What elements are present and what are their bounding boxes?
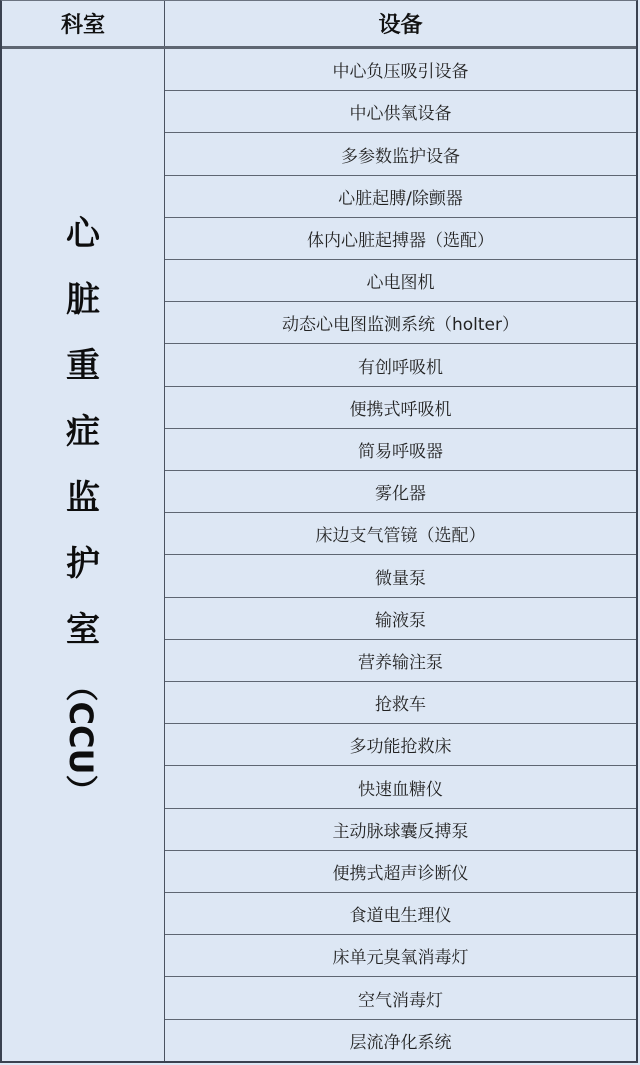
department-abbreviation: （CCU） xyxy=(18,718,148,758)
table-row: 多参数监护设备 xyxy=(165,133,636,175)
header-department: 科室 xyxy=(2,1,164,46)
table-row: 主动脉球囊反搏泵 xyxy=(165,809,636,851)
table-row: 便携式超声诊断仪 xyxy=(165,851,636,893)
table-row: 床边支气管镜（选配） xyxy=(165,513,636,555)
department-char: 监 xyxy=(66,465,100,531)
table-row: 便携式呼吸机 xyxy=(165,387,636,429)
equipment-list: 中心负压吸引设备 中心供氧设备 多参数监护设备 心脏起膊/除颤器 体内心脏起搏器… xyxy=(164,49,636,1061)
table-row: 床单元臭氧消毒灯 xyxy=(165,935,636,977)
table-row: 心脏起膊/除颤器 xyxy=(165,176,636,218)
department-char: 室 xyxy=(66,597,100,663)
department-char: 症 xyxy=(66,399,100,465)
table-row: 营养输注泵 xyxy=(165,640,636,682)
table-row: 中心负压吸引设备 xyxy=(165,49,636,91)
department-abbreviation-text: （CCU） xyxy=(60,670,106,807)
department-char: 重 xyxy=(66,333,100,399)
table-row: 输液泵 xyxy=(165,598,636,640)
table-row: 空气消毒灯 xyxy=(165,977,636,1019)
table-row: 有创呼吸机 xyxy=(165,344,636,386)
table-row: 中心供氧设备 xyxy=(165,91,636,133)
table-row: 雾化器 xyxy=(165,471,636,513)
table-row: 体内心脏起搏器（选配） xyxy=(165,218,636,260)
department-char: 护 xyxy=(66,531,100,597)
department-cell: 心 脏 重 症 监 护 室 （CCU） xyxy=(2,49,164,1061)
equipment-table: 科室 设备 心 脏 重 症 监 护 室 （CCU） 中心负压吸引设备 中心供氧设… xyxy=(0,0,638,1063)
table-row: 心电图机 xyxy=(165,260,636,302)
department-char: 脏 xyxy=(66,267,100,333)
table-header: 科室 设备 xyxy=(2,1,636,49)
table-row: 多功能抢救床 xyxy=(165,724,636,766)
table-row: 微量泵 xyxy=(165,555,636,597)
header-equipment: 设备 xyxy=(164,1,636,46)
table-row: 简易呼吸器 xyxy=(165,429,636,471)
table-row: 快速血糖仪 xyxy=(165,766,636,808)
table-row: 层流净化系统 xyxy=(165,1020,636,1061)
table-row: 食道电生理仪 xyxy=(165,893,636,935)
department-char: 心 xyxy=(66,201,100,267)
table-row: 抢救车 xyxy=(165,682,636,724)
table-row: 动态心电图监测系统（holter） xyxy=(165,302,636,344)
